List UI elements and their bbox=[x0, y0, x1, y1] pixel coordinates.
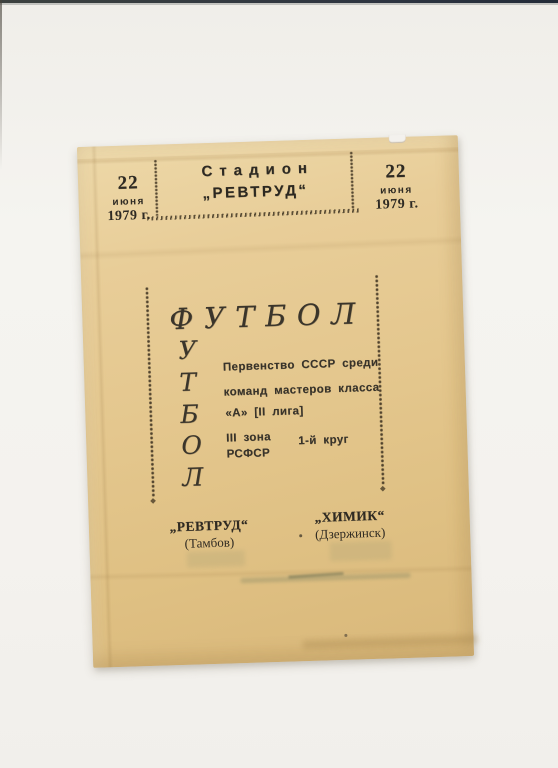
program-cover: 22 июня 1979 г. Стадион „РЕВТРУД“ 22 июн… bbox=[77, 135, 474, 668]
competition-line-3: «А» [II лига] bbox=[225, 405, 304, 419]
scan-edge-left bbox=[0, 0, 2, 170]
title-letter: О bbox=[181, 433, 202, 459]
date-left-day: 22 bbox=[100, 172, 157, 196]
showthrough-mark bbox=[187, 550, 245, 568]
date-right: 22 июня 1979 г. bbox=[368, 160, 426, 214]
competition-line-1: Первенство СССР среди bbox=[223, 357, 379, 374]
title-letter: Л bbox=[182, 464, 204, 490]
title-letter: Л bbox=[331, 296, 356, 331]
date-right-day: 22 bbox=[368, 160, 425, 184]
date-right-year: 1979 г. bbox=[369, 196, 425, 214]
title-letter: Т bbox=[235, 300, 255, 335]
scan-background: 22 июня 1979 г. Стадион „РЕВТРУД“ 22 июн… bbox=[0, 0, 558, 768]
title-letter: У bbox=[203, 301, 225, 336]
header-rule-ornament bbox=[147, 209, 359, 221]
away-team: „ХИМИК“ (Дзержинск) bbox=[294, 507, 405, 543]
title-letter: У bbox=[178, 337, 197, 363]
stadium-label: Стадион bbox=[161, 159, 347, 182]
competition-line-2: команд мастеров класса bbox=[224, 382, 380, 399]
title-letter: Б bbox=[265, 299, 287, 334]
ink-speck bbox=[299, 534, 302, 537]
showthrough-mark bbox=[329, 540, 392, 561]
paper-notch bbox=[389, 135, 406, 144]
title-letter: Ф bbox=[169, 302, 194, 337]
header-ornament-left bbox=[153, 160, 159, 216]
zone-info: III зона РСФСР bbox=[226, 429, 272, 462]
title-letter: О bbox=[296, 298, 321, 333]
header-ornament-right bbox=[349, 151, 355, 209]
title-futbol-vertical: У Т Б О Л bbox=[178, 337, 204, 490]
ink-speck bbox=[344, 634, 347, 637]
stadium-header: Стадион „РЕВТРУД“ bbox=[161, 159, 348, 204]
title-futbol-horizontal: Ф У Т Б О Л bbox=[169, 296, 356, 336]
home-team-city: (Тамбов) bbox=[154, 533, 264, 552]
date-right-month: июня bbox=[368, 184, 424, 197]
date-left-month: июня bbox=[101, 196, 157, 209]
paper-smudge bbox=[303, 635, 478, 649]
border-chain-right bbox=[375, 275, 385, 485]
stadium-name: „РЕВТРУД“ bbox=[162, 181, 348, 204]
border-chain-left bbox=[145, 287, 155, 497]
round-info: 1-й круг bbox=[298, 434, 349, 448]
scan-edge-top-fade bbox=[0, 3, 558, 5]
title-letter: Т bbox=[179, 369, 196, 395]
title-letter: Б bbox=[180, 401, 199, 427]
home-team: „РЕВТРУД“ (Тамбов) bbox=[154, 516, 265, 552]
paper-crease bbox=[80, 235, 461, 261]
